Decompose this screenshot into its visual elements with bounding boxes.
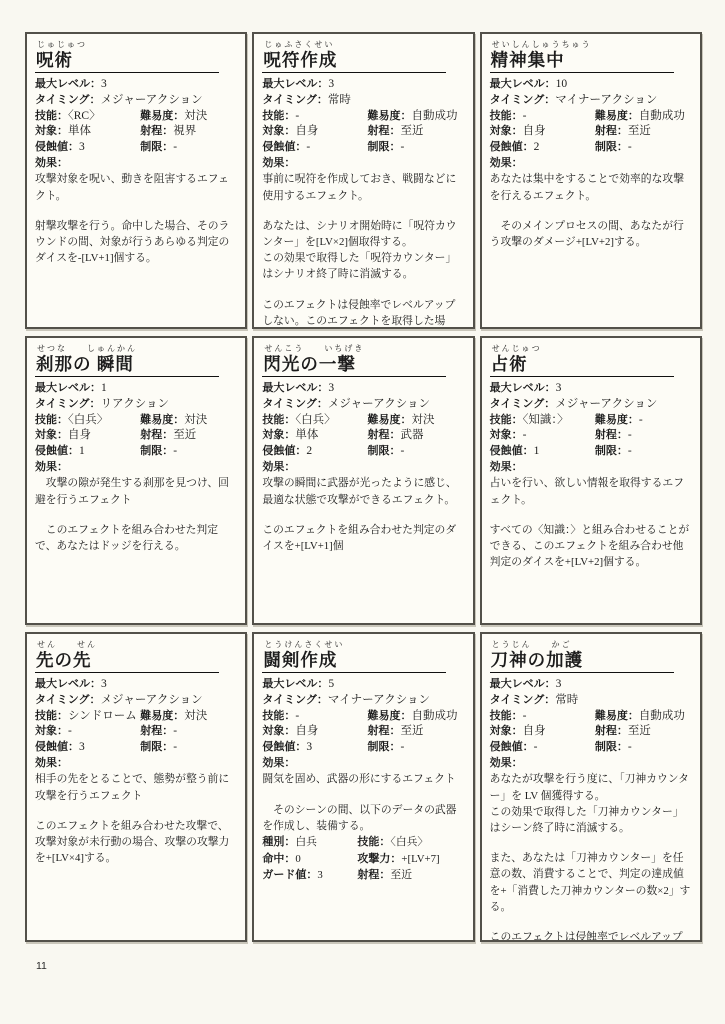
difficulty-value: 対決 [184,710,207,722]
erosion-label: 侵蝕値： [490,445,534,457]
skill-value: 〈白兵〉 [295,414,335,426]
difficulty-label: 難易度： [595,414,639,426]
card-title-furigana: せいしんしゅうちゅう [490,41,692,50]
weapon-stat: 種別：白兵 [262,834,357,851]
restriction: 制限：- [368,740,465,756]
effect-label: 効果： [490,756,692,771]
target: 対象：自身 [262,124,367,140]
max-level-value: 3 [101,78,107,90]
card-title-underline: 呪術 [35,50,219,73]
max-level-value: 1 [101,382,107,394]
effect-paragraph: すべての〈知識：〉と組み合わせることができる、このエフェクトを組み合わせ他判定の… [490,522,692,571]
difficulty-value: - [639,414,643,426]
timing-value: マイナーアクション [555,94,657,106]
target-value: 自身 [295,725,318,737]
effect-text: あなたは集中をすることで効率的な攻撃を行えるエフェクト。 そのメインプロセスの間… [490,171,692,250]
restriction-value: - [401,445,405,457]
effect-paragraph: あなたが攻撃を行う度に、「刀神カウンター」を LV 個獲得する。 この効果で取得… [490,771,692,836]
effect-text: 占いを行い、欲しい情報を取得するエフェクト。すべての〈知識：〉と組み合わせること… [490,475,692,570]
restriction-label: 制限： [368,741,401,753]
skill-value: - [295,110,299,122]
erosion: 侵蝕値：3 [262,740,367,756]
effect-text: 闘気を固め、武器の形にするエフェクト そのシーンの間、以下のデータの武器を作成し… [262,771,464,834]
target-value: 自身 [68,429,91,441]
restriction-value: - [401,141,405,153]
target-label: 対象： [262,125,295,137]
skill-value: - [523,110,527,122]
difficulty-value: 自動成功 [639,710,685,722]
weapon-stat-value: 至近 [390,869,412,881]
effect-text: 攻撃対象を呪い、動きを阻害するエフェクト。射撃攻撃を行う。命中した場合、そのラウ… [35,171,237,266]
target-label: 対象： [35,429,68,441]
weapon-stat-label: ガード値： [262,869,317,881]
effect-card: せんじゅつ占術最大レベル：3タイミング：メジャーアクション技能：〈知識：〉難易度… [480,336,702,625]
effect-label: 効果： [35,756,237,771]
effect-label: 効果： [490,460,692,475]
card-title-underline: 刀神の加護 [490,650,674,673]
max-level-label: 最大レベル： [490,382,556,394]
rulebook-page: { "page": { "number": "11" }, "labels": … [0,0,725,1024]
max-level-label: 最大レベル： [490,678,556,690]
restriction-label: 制限： [140,741,173,753]
max-level: 最大レベル：3 [262,77,334,93]
range-value: - [628,429,632,441]
card-title-furigana: じゅふさくせい [262,41,464,50]
timing: タイミング：マイナーアクション [490,93,658,109]
timing-label: タイミング： [262,398,328,410]
card-title: 呪符作成 [263,50,337,70]
card-title: 闘剣作成 [263,650,337,670]
difficulty: 難易度：自動成功 [595,709,692,725]
effect-paragraph: 攻撃の瞬間に武器が光ったように感じ、最適な状態で攻撃ができるエフェクト。 [262,475,464,507]
difficulty-label: 難易度： [368,414,412,426]
difficulty-value: 対決 [184,110,207,122]
skill-label: 技能： [490,414,523,426]
max-level-value: 3 [556,382,562,394]
difficulty: 難易度：対決 [140,709,237,725]
skill-label: 技能： [262,710,295,722]
card-title-underline: 精神集中 [490,50,674,73]
effect-paragraph: 占いを行い、欲しい情報を取得するエフェクト。 [490,475,692,507]
restriction-label: 制限： [595,445,628,457]
skill: 技能：- [262,109,367,125]
difficulty: 難易度：- [595,413,692,429]
card-stats: 最大レベル：3タイミング：常時技能：-難易度：自動成功対象：自身射程：至近侵蝕値… [262,77,464,156]
skill: 技能：- [490,109,595,125]
card-stats: 最大レベル：1タイミング：リアクション技能：〈白兵〉難易度：対決対象：自身射程：… [35,381,237,460]
skill: 技能：シンドローム [35,709,140,725]
timing: タイミング：メジャーアクション [262,397,430,413]
effect-card: せつな しゅんかん刹那の 瞬間最大レベル：1タイミング：リアクション技能：〈白兵… [25,336,247,625]
difficulty: 難易度：自動成功 [368,109,465,125]
card-stats: 最大レベル：3タイミング：常時技能：-難易度：自動成功対象：自身射程：至近侵蝕値… [490,677,692,756]
restriction: 制限：- [140,140,237,156]
difficulty-value: 対決 [412,414,435,426]
card-title-underline: 呪符作成 [262,50,446,73]
max-level: 最大レベル：3 [35,77,107,93]
range-value: 至近 [628,725,651,737]
restriction: 制限：- [595,444,692,460]
timing-value: メジャーアクション [328,398,430,410]
effect-paragraph: 攻撃対象を呪い、動きを阻害するエフェクト。 [35,171,237,203]
card-title: 刀神の加護 [491,650,584,670]
timing: タイミング：マイナーアクション [262,693,430,709]
card-title-underline: 先の先 [35,650,219,673]
timing-label: タイミング： [490,398,556,410]
weapon-stat: 命中：0 [262,851,357,868]
difficulty: 難易度：自動成功 [368,709,465,725]
timing: タイミング：メジャーアクション [35,693,203,709]
range-value: 武器 [401,429,424,441]
card-title-furigana: じゅじゅつ [35,41,237,50]
card-title: 呪術 [36,50,73,70]
skill: 技能：〈白兵〉 [262,413,367,429]
skill-value: 〈RC〉 [68,110,101,122]
restriction-value: - [401,741,405,753]
range: 射程：視界 [140,124,237,140]
effect-label: 効果： [262,756,464,771]
skill-label: 技能： [262,414,295,426]
target-value: 自身 [523,725,546,737]
timing-label: タイミング： [35,94,101,106]
max-level-value: 3 [328,78,334,90]
weapon-stat-value: 〈白兵〉 [390,836,428,848]
erosion: 侵蝕値：1 [490,444,595,460]
erosion-label: 侵蝕値： [35,141,79,153]
target-value: 単体 [68,125,91,137]
effect-card: とうじん かご刀神の加護最大レベル：3タイミング：常時技能：-難易度：自動成功対… [480,632,702,942]
card-title-furigana: せんじゅつ [490,345,692,354]
target-value: 自身 [295,125,318,137]
restriction-label: 制限： [140,445,173,457]
erosion: 侵蝕値：2 [262,444,367,460]
max-level-label: 最大レベル： [262,678,328,690]
timing-label: タイミング： [490,694,556,706]
restriction-label: 制限： [368,141,401,153]
skill: 技能：〈知識：〉 [490,413,595,429]
difficulty-value: 自動成功 [639,110,685,122]
max-level: 最大レベル：3 [490,381,562,397]
restriction-label: 制限： [595,141,628,153]
range-value: 至近 [173,429,196,441]
skill-value: - [295,710,299,722]
timing-value: メジャーアクション [101,694,203,706]
range-label: 射程： [595,725,628,737]
weapon-stat-label: 種別： [262,836,295,848]
max-level-label: 最大レベル： [490,78,556,90]
range-label: 射程： [368,725,401,737]
effect-label: 効果： [262,156,464,171]
erosion-label: 侵蝕値： [262,141,306,153]
timing-label: タイミング： [490,94,556,106]
difficulty-value: 自動成功 [412,710,458,722]
effect-card: とうけんさくせい闘剣作成最大レベル：5タイミング：マイナーアクション技能：-難易… [252,632,474,942]
target-label: 対象： [35,125,68,137]
timing-value: リアクション [101,398,169,410]
max-level-value: 3 [556,678,562,690]
effect-paragraph: 相手の先をとることで、態勢が整う前に攻撃を行うエフェクト [35,771,237,803]
max-level-value: 10 [556,78,568,90]
erosion-value: 2 [534,141,540,153]
max-level-label: 最大レベル： [262,78,328,90]
timing: タイミング：メジャーアクション [490,397,658,413]
erosion: 侵蝕値：- [490,740,595,756]
max-level-label: 最大レベル： [35,78,101,90]
weapon-stat-label: 技能： [357,836,390,848]
restriction-value: - [628,141,632,153]
difficulty-label: 難易度： [140,414,184,426]
weapon-stat: 技能：〈白兵〉 [357,834,464,851]
timing: タイミング：メジャーアクション [35,93,203,109]
target: 対象：- [490,428,595,444]
effect-paragraph: 攻撃の隙が発生する刹那を見つけ、回避を行うエフェクト [35,475,237,507]
timing-value: 常時 [328,94,351,106]
card-title: 先の先 [36,650,92,670]
effect-card: じゅじゅつ呪術最大レベル：3タイミング：メジャーアクション技能：〈RC〉難易度：… [25,32,247,329]
restriction-value: - [173,741,177,753]
effect-paragraph: このエフェクトは侵蝕率でレベルアップしない。このエフェクトを取得した場合、侵蝕率… [262,297,464,329]
effect-card: じゅふさくせい呪符作成最大レベル：3タイミング：常時技能：-難易度：自動成功対象… [252,32,474,329]
weapon-stat-label: 射程： [357,869,390,881]
difficulty-label: 難易度： [140,110,184,122]
erosion: 侵蝕値：1 [35,444,140,460]
card-stats: 最大レベル：3タイミング：メジャーアクション技能：〈RC〉難易度：対決対象：単体… [35,77,237,156]
timing: タイミング：常時 [490,693,579,709]
erosion-value: 1 [534,445,540,457]
effect-paragraph: 事前に呪符を作成しておき、戦闘などに使用するエフェクト。 [262,171,464,203]
difficulty-label: 難易度： [368,710,412,722]
target-label: 対象： [490,725,523,737]
target-label: 対象： [490,125,523,137]
range: 射程：至近 [595,124,692,140]
max-level-value: 3 [101,678,107,690]
effect-text: 攻撃の隙が発生する刹那を見つけ、回避を行うエフェクト このエフェクトを組み合わせ… [35,475,237,554]
max-level: 最大レベル：1 [35,381,107,397]
restriction: 制限：- [368,444,465,460]
effect-card: せいしんしゅうちゅう精神集中最大レベル：10タイミング：マイナーアクション技能：… [480,32,702,329]
effect-label: 効果： [35,460,237,475]
range-label: 射程： [595,125,628,137]
erosion-value: 3 [79,741,85,753]
skill-value: 〈知識：〉 [523,414,569,426]
skill: 技能：- [490,709,595,725]
target-value: 単体 [295,429,318,441]
range-label: 射程： [140,125,173,137]
difficulty: 難易度：対決 [140,109,237,125]
range-label: 射程： [368,429,401,441]
erosion-label: 侵蝕値： [490,141,534,153]
restriction: 制限：- [368,140,465,156]
erosion-value: 3 [79,141,85,153]
timing-label: タイミング： [35,694,101,706]
range: 射程：至近 [368,724,465,740]
effect-label: 効果： [262,460,464,475]
restriction-value: - [173,141,177,153]
target: 対象：- [35,724,140,740]
restriction-label: 制限： [595,741,628,753]
erosion-label: 侵蝕値： [35,741,79,753]
difficulty-value: 自動成功 [412,110,458,122]
effect-paragraph: あなたは、シナリオ開始時に「呪符カウンター」を[LV×2]個取得する。 この効果… [262,218,464,283]
card-title-furigana: せんこう いちげき [262,345,464,354]
restriction: 制限：- [140,444,237,460]
erosion-value: 1 [79,445,85,457]
restriction-value: - [628,445,632,457]
skill: 技能：- [262,709,367,725]
restriction-value: - [173,445,177,457]
max-level: 最大レベル：5 [262,677,334,693]
weapon-stat-value: 3 [317,869,322,881]
effect-paragraph: 射撃攻撃を行う。命中した場合、そのラウンドの間、対象が行うあらゆる判定のダイスを… [35,218,237,267]
effect-text: 相手の先をとることで、態勢が整う前に攻撃を行うエフェクトこのエフェクトを組み合わ… [35,771,237,866]
effect-paragraph: そのメインプロセスの間、あなたが行う攻撃のダメージ+[LV+2]する。 [490,218,692,250]
max-level-label: 最大レベル： [35,678,101,690]
card-title-underline: 刹那の 瞬間 [35,354,219,377]
timing-label: タイミング： [262,694,328,706]
target-value: - [523,429,527,441]
difficulty: 難易度：対決 [368,413,465,429]
range: 射程：至近 [595,724,692,740]
range-label: 射程： [140,429,173,441]
effect-paragraph: また、あなたは「刀神カウンター」を任意の数、消費することで、判定の達成値を+「消… [490,850,692,915]
erosion-value: 2 [306,445,312,457]
range-value: - [173,725,177,737]
weapon-stat: ガード値：3 [262,867,357,884]
skill-value: シンドローム [68,710,137,722]
range-value: 至近 [401,125,424,137]
timing-label: タイミング： [262,94,328,106]
max-level-value: 3 [328,382,334,394]
erosion-value: - [534,741,538,753]
effect-paragraph: このエフェクトを組み合わせた判定で、あなたはドッジを行える。 [35,522,237,554]
target: 対象：自身 [262,724,367,740]
timing-value: 常時 [555,694,578,706]
effect-label: 効果： [490,156,692,171]
card-stats: 最大レベル：3タイミング：メジャーアクション技能：シンドローム難易度：対決対象：… [35,677,237,756]
restriction: 制限：- [595,740,692,756]
card-title-underline: 闘剣作成 [262,650,446,673]
difficulty-label: 難易度： [595,110,639,122]
difficulty: 難易度：自動成功 [595,109,692,125]
timing: タイミング：常時 [262,93,351,109]
target: 対象：自身 [490,724,595,740]
range-label: 射程： [140,725,173,737]
range: 射程：- [595,428,692,444]
timing-value: メジャーアクション [101,94,203,106]
erosion-value: - [306,141,310,153]
card-stats: 最大レベル：5タイミング：マイナーアクション技能：-難易度：自動成功対象：自身射… [262,677,464,756]
max-level-label: 最大レベル： [262,382,328,394]
weapon-stat: 攻撃力：+[LV+7] [357,851,464,868]
effect-card: せんこう いちげき閃光の一撃最大レベル：3タイミング：メジャーアクション技能：〈… [252,336,474,625]
max-level-label: 最大レベル： [35,382,101,394]
range: 射程：至近 [140,428,237,444]
card-title-underline: 占術 [490,354,674,377]
created-weapon-stats: 種別：白兵技能：〈白兵〉命中：0攻撃力：+[LV+7]ガード値：3射程：至近 [262,834,464,884]
max-level-value: 5 [328,678,334,690]
weapon-stat-value: 白兵 [295,836,317,848]
effect-card: せん せん先の先最大レベル：3タイミング：メジャーアクション技能：シンドローム難… [25,632,247,942]
erosion-label: 侵蝕値： [490,741,534,753]
erosion-value: 3 [306,741,312,753]
max-level: 最大レベル：3 [262,381,334,397]
restriction-value: - [628,741,632,753]
card-title-furigana: とうけんさくせい [262,641,464,650]
target: 対象：自身 [35,428,140,444]
range-value: 至近 [628,125,651,137]
restriction: 制限：- [595,140,692,156]
target-value: 自身 [523,125,546,137]
target: 対象：自身 [490,124,595,140]
erosion: 侵蝕値：2 [490,140,595,156]
effect-paragraph: このエフェクトを組み合わせた攻撃で、攻撃対象が未行動の場合、攻撃の攻撃力を+[L… [35,818,237,867]
range: 射程：至近 [368,124,465,140]
target-label: 対象： [262,725,295,737]
skill-label: 技能： [35,710,68,722]
max-level: 最大レベル：3 [490,677,562,693]
effect-paragraph: このエフェクトを組み合わせた判定のダイスを+[LV+1]個 [262,522,464,554]
timing-label: タイミング： [35,398,101,410]
page-number: 11 [36,960,47,972]
timing: タイミング：リアクション [35,397,169,413]
weapon-stat-value: +[LV+7] [401,853,439,865]
card-title-furigana: せん せん [35,641,237,650]
card-title: 精神集中 [491,50,565,70]
target-label: 対象： [35,725,68,737]
difficulty-label: 難易度： [368,110,412,122]
restriction-label: 制限： [368,445,401,457]
target: 対象：単体 [262,428,367,444]
restriction: 制限：- [140,740,237,756]
skill-value: 〈白兵〉 [68,414,108,426]
max-level: 最大レベル：3 [35,677,107,693]
effect-text: 事前に呪符を作成しておき、戦闘などに使用するエフェクト。あなたは、シナリオ開始時… [262,171,464,329]
effect-paragraph: そのシーンの間、以下のデータの武器を作成し、装備する。 [262,802,464,834]
max-level: 最大レベル：10 [490,77,568,93]
card-title-furigana: とうじん かご [490,641,692,650]
range-label: 射程： [368,125,401,137]
card-title: 閃光の一撃 [263,354,356,374]
skill-label: 技能： [490,110,523,122]
weapon-stat-value: 0 [295,853,300,865]
range-label: 射程： [595,429,628,441]
skill-label: 技能： [490,710,523,722]
weapon-stat: 射程：至近 [357,867,464,884]
skill-label: 技能： [35,110,68,122]
difficulty-value: 対決 [184,414,207,426]
erosion-label: 侵蝕値： [262,741,306,753]
erosion-label: 侵蝕値： [35,445,79,457]
target-label: 対象： [490,429,523,441]
card-stats: 最大レベル：3タイミング：メジャーアクション技能：〈白兵〉難易度：対決対象：単体… [262,381,464,460]
restriction-label: 制限： [140,141,173,153]
range-value: 至近 [401,725,424,737]
effect-card-grid: じゅじゅつ呪術最大レベル：3タイミング：メジャーアクション技能：〈RC〉難易度：… [25,32,702,942]
card-title: 占術 [491,354,528,374]
target: 対象：単体 [35,124,140,140]
weapon-stat-label: 命中： [262,853,295,865]
effect-paragraph: このエフェクトは侵蝕率でレベルアップしない。このエフェクトを取得した場合、侵蝕率… [490,929,692,942]
range-value: 視界 [173,125,196,137]
difficulty: 難易度：対決 [140,413,237,429]
skill: 技能：〈白兵〉 [35,413,140,429]
card-title-furigana: せつな しゅんかん [35,345,237,354]
effect-label: 効果： [35,156,237,171]
skill: 技能：〈RC〉 [35,109,140,125]
target-label: 対象： [262,429,295,441]
card-title: 刹那の 瞬間 [36,354,134,374]
effect-text: あなたが攻撃を行う度に、「刀神カウンター」を LV 個獲得する。 この効果で取得… [490,771,692,942]
